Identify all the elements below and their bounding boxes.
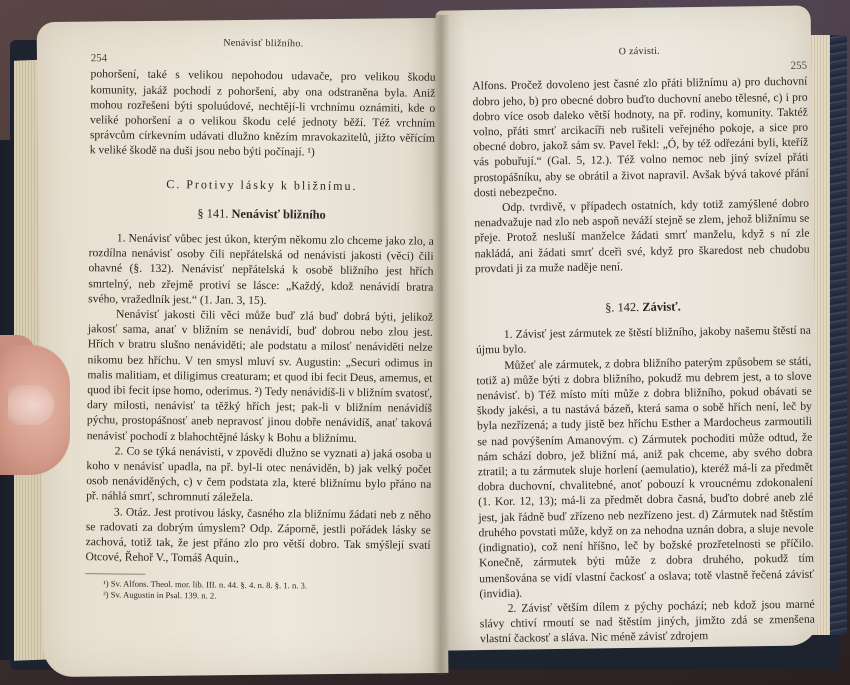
section-number: §. 142. (605, 300, 639, 314)
paragraph: Nenávisť jakosti čili věci může buď zlá … (87, 306, 433, 446)
paragraph: 2. Co se týká nenávisti, v zpovědi dlužn… (86, 443, 432, 507)
paragraph: Můžeť ale zármutek, z dobra bližního pat… (476, 353, 814, 601)
left-page-text: Nenávisť bližního. 254 pohoršení, také s… (85, 34, 436, 603)
thumb (0, 345, 70, 475)
footnote-rule (85, 573, 145, 575)
section-title: Závisť. (642, 300, 681, 315)
thumbnail-nail (8, 385, 54, 425)
right-running-head: O závisti. (472, 42, 807, 62)
left-continuation-paragraph: pohoršení, také s velikou nepohodou udav… (90, 67, 436, 162)
answer-paragraph: Odp. tvrdivě, v případech ostatních, kdy… (474, 196, 810, 277)
part-title: C. Protivy lásky k bližnímu. (89, 176, 434, 195)
section-141-title: § 141. Nenávisť bližního (89, 205, 434, 224)
right-continuation-paragraph: Alfons. Pročež dovoleno jest časné zlo p… (472, 74, 809, 200)
right-page-text: O závisti. 255 Alfons. Pročež dovoleno j… (472, 42, 815, 647)
section-142-title: §. 142. Závisť. (475, 298, 810, 318)
paragraph: 1. Závisť jest zármutek ze štěstí bližní… (476, 323, 811, 358)
paragraph: 3. Otáz. Jest protivou lásky, časného zl… (85, 504, 431, 568)
paragraph: 2. Závisť větším dílem z pýchy pochází; … (480, 597, 816, 647)
left-running-head: Nenávisť bližního. (91, 34, 436, 53)
paragraph: 1. Nenávisť vůbec jest úkon, kterým něko… (88, 230, 434, 310)
section-number: § 141. (197, 206, 228, 220)
section-title: Nenávisť bližního (231, 207, 325, 222)
